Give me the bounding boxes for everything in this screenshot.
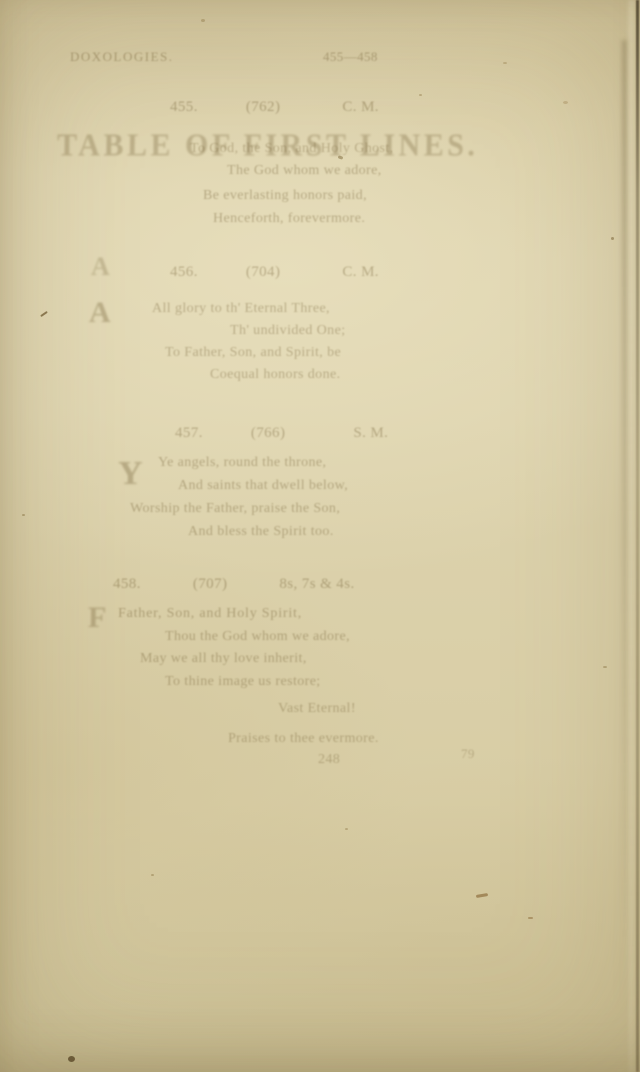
page-crease xyxy=(622,40,627,940)
hymn-line: To Father, Son, and Spirit, be xyxy=(165,345,341,361)
meter-label: 8s, 7s & 4s. xyxy=(279,576,354,593)
overlay-title: TABLE OF FIRST LINES. xyxy=(57,128,479,164)
hymn-number-line: 455.(762)C. M. xyxy=(170,99,379,116)
hymn-line: Worship the Father, praise the Son, xyxy=(130,501,340,517)
tune-ref: (707) xyxy=(193,576,228,593)
hymn-line: Be everlasting honors paid, xyxy=(203,188,367,204)
meter-label: C. M. xyxy=(342,99,379,116)
drop-cap: Y xyxy=(118,455,143,493)
hymn-line: Thou the God whom we adore, xyxy=(165,629,350,645)
page-number: 248 xyxy=(318,752,340,768)
hymn-number-line: 457.(766)S. M. xyxy=(175,425,388,442)
hymn-line: Ye angels, round the throne, xyxy=(158,455,327,471)
drop-cap: F xyxy=(88,601,107,635)
hymn-line: Th' undivided One; xyxy=(230,323,346,339)
hymn-line: Coequal honors done. xyxy=(210,367,341,383)
hymn-line: The God whom we adore, xyxy=(227,163,382,179)
hymn-line: Praises to thee evermore. xyxy=(228,731,379,747)
hymn-number-line: 458.(707)8s, 7s & 4s. xyxy=(113,576,355,593)
hymn-line: To thine image us restore; xyxy=(165,674,321,690)
hymn-line: Henceforth, forevermore. xyxy=(213,211,365,227)
tune-ref: (704) xyxy=(246,264,281,281)
hymn-number-line: 456.(704)C. M. xyxy=(170,264,379,281)
meter-label: S. M. xyxy=(353,425,388,442)
hymn-line: Vast Eternal! xyxy=(278,701,356,717)
running-head: DOXOLOGIES. xyxy=(70,49,174,65)
tune-ref: (766) xyxy=(251,425,286,442)
meter-label: C. M. xyxy=(342,264,379,281)
hymn-line: And saints that dwell below, xyxy=(178,478,348,494)
drop-cap: A xyxy=(89,296,111,330)
drop-cap: A xyxy=(91,252,111,282)
hymn-line: And bless the Spirit too. xyxy=(188,524,334,540)
page-range: 455—458 xyxy=(323,49,378,65)
hymn-number: 455. xyxy=(170,99,198,116)
signature-mark: 79 xyxy=(461,746,475,762)
page-curl-highlight xyxy=(628,0,635,1072)
hymn-line: All glory to th' Eternal Three, xyxy=(152,301,330,317)
hymn-number: 456. xyxy=(170,264,198,281)
scanned-book-page: DOXOLOGIES. 455—458 455.(762)C. M. To Go… xyxy=(0,0,640,1072)
tune-ref: (762) xyxy=(246,99,281,116)
hymn-number: 458. xyxy=(113,576,141,593)
page-edge-line xyxy=(636,0,639,1072)
hymn-line: Father, Son, and Holy Spirit, xyxy=(118,606,302,622)
hymn-line: May we all thy love inherit, xyxy=(140,651,307,667)
hymn-number: 457. xyxy=(175,425,203,442)
